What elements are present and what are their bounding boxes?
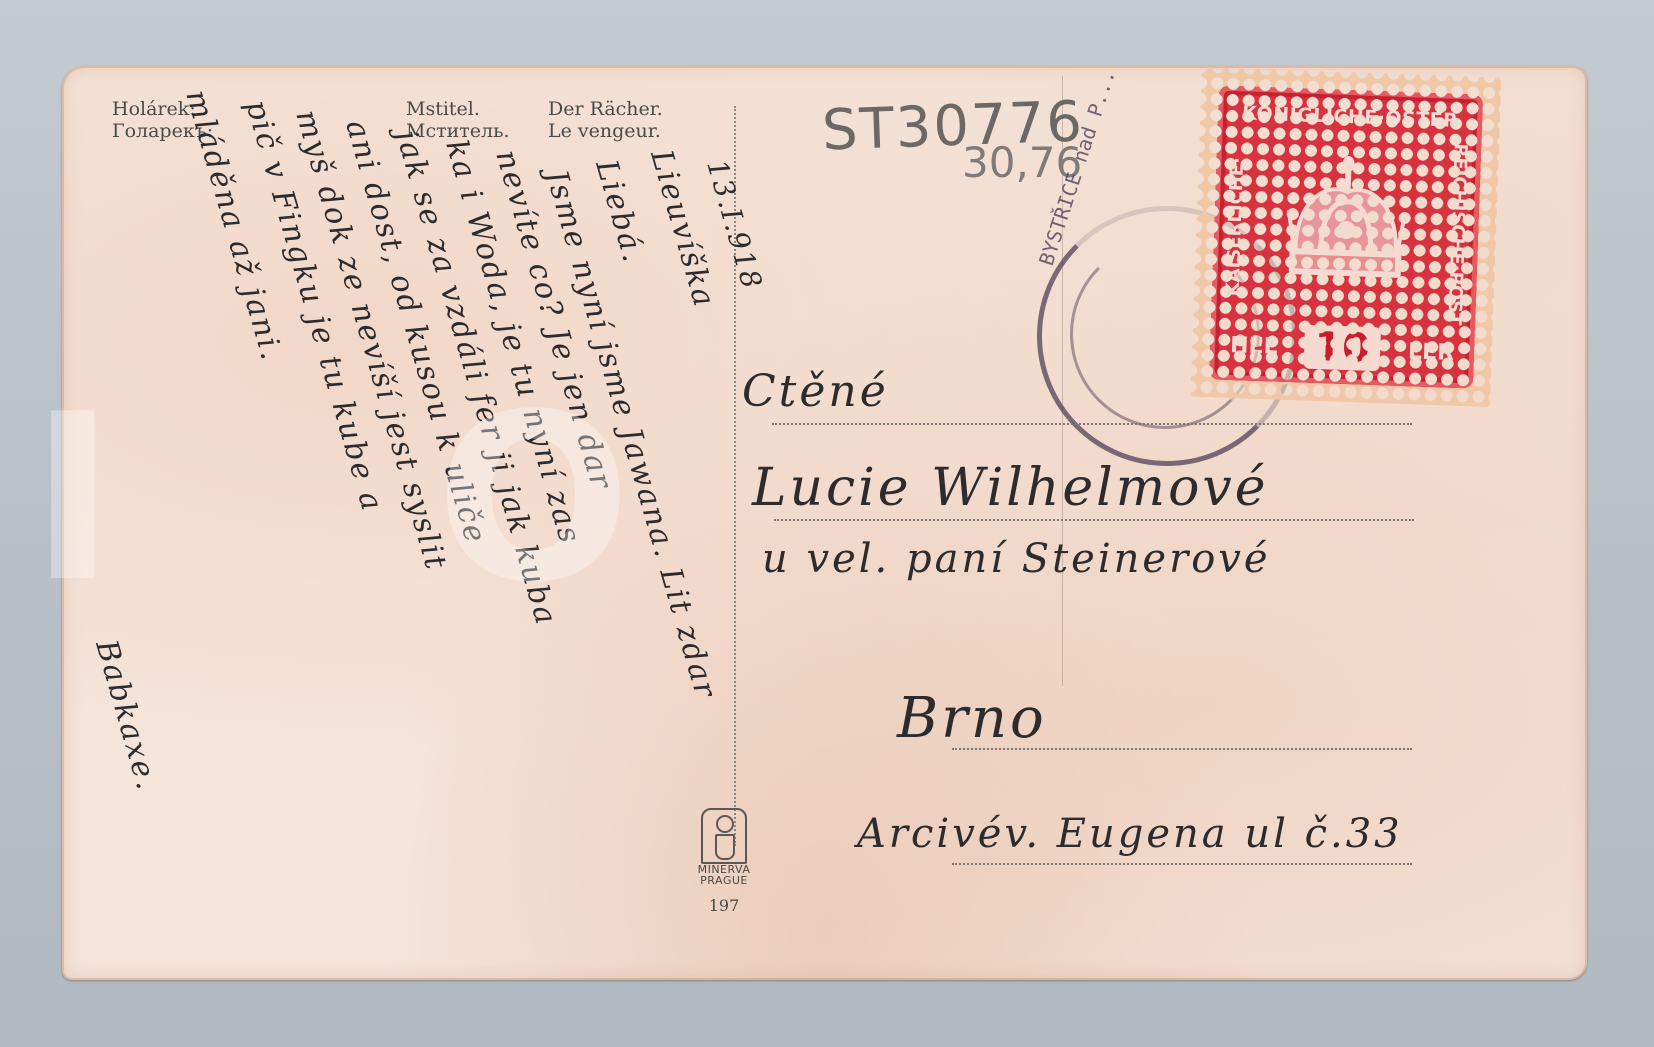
stamp-denomination-right: LER bbox=[1408, 339, 1455, 366]
message-signature: Babkaxe. bbox=[88, 636, 164, 795]
printed-french-title: Le vengeur. bbox=[548, 120, 661, 142]
card-number: 197 bbox=[694, 896, 754, 915]
address-line-3 bbox=[952, 748, 1412, 750]
address-street: Arcivév. Eugena ul č.33 bbox=[857, 811, 1403, 857]
address-line-1 bbox=[772, 423, 1412, 425]
address-city: Brno bbox=[897, 686, 1047, 751]
address-line-2 bbox=[774, 519, 1414, 521]
postcard: Holárek: Голарекъ: Mstitel. Мститель. De… bbox=[62, 66, 1587, 980]
printed-czech-title: Mstitel. bbox=[406, 98, 480, 120]
stamp-value: 10 bbox=[1304, 325, 1381, 372]
stamp-denomination-left: HEL bbox=[1230, 333, 1278, 360]
publisher-name-line2: PRAGUE bbox=[694, 875, 754, 886]
address-recipient: Lucie Wilhelmové bbox=[752, 458, 1269, 518]
message-line-2: Liebá. bbox=[588, 156, 651, 267]
stamp-right-text: REICHISCHE·POST bbox=[1443, 129, 1471, 340]
address-care-of: u vel. paní Steinerové bbox=[762, 536, 1271, 582]
postage-stamp: KÖNIGLICHE·ÖSTER KAISERLICHE· REICHISCHE… bbox=[1190, 67, 1501, 407]
stamp-face: KÖNIGLICHE·ÖSTER KAISERLICHE· REICHISCHE… bbox=[1209, 85, 1483, 388]
minerva-logo-icon bbox=[701, 808, 747, 864]
crown-icon bbox=[1274, 140, 1419, 295]
stamp-top-text: KÖNIGLICHE·ÖSTER bbox=[1218, 101, 1483, 132]
publisher-mark: MINERVA PRAGUE 197 bbox=[694, 808, 754, 915]
address-line-4 bbox=[952, 863, 1412, 865]
address-salutation: Ctěné bbox=[742, 366, 889, 417]
stamp-left-text: KAISERLICHE· bbox=[1221, 121, 1249, 332]
printed-german-title: Der Rächer. bbox=[548, 98, 663, 120]
